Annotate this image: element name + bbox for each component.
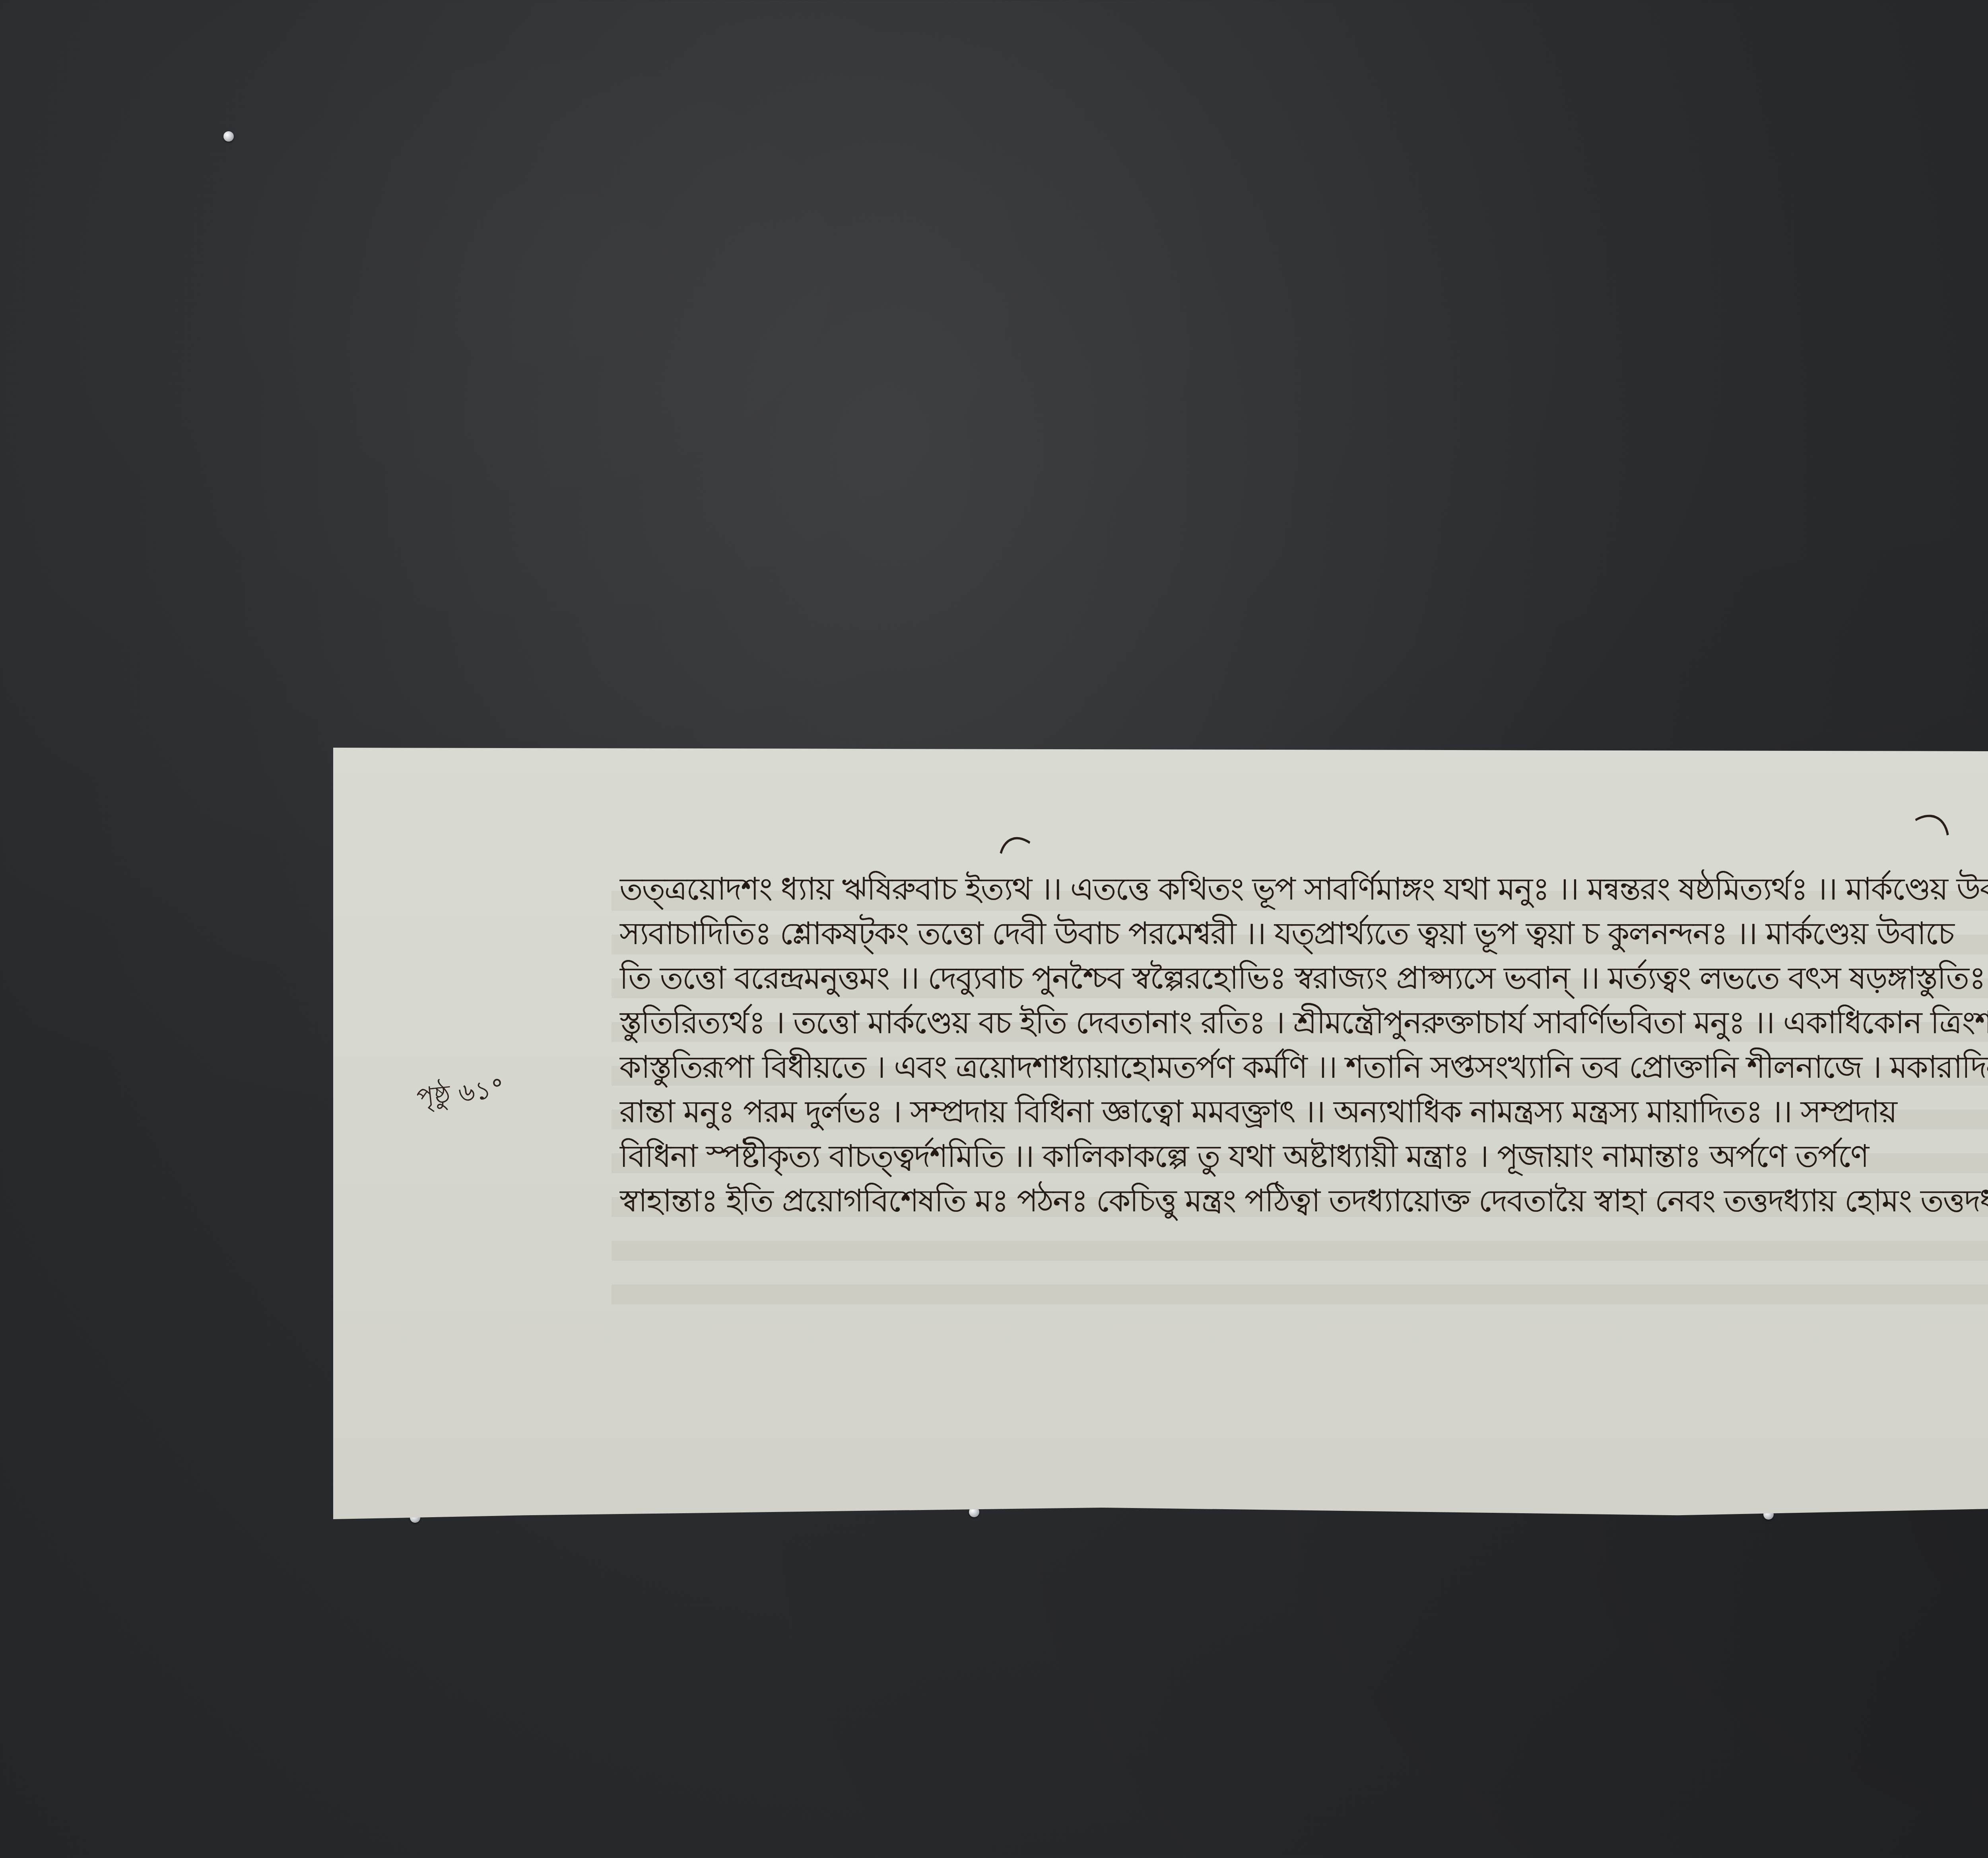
manuscript-leaf: পৃষ্ঠু ৬১° ৬২ তত্ত্রয়োদশং ধ্যায় ঋষিরুব… — [333, 748, 1988, 1519]
text-line: বিধিনা স্পষ্টীকৃত্য বাচত্ত্বর্দশমিতি ।। … — [619, 1134, 1988, 1179]
text-line: স্তুতিরিত্যর্থঃ । তত্তো মার্কণ্ডেয় বচ ই… — [619, 1001, 1988, 1045]
folio-number-left: পৃষ্ঠু ৬১° — [415, 1069, 507, 1121]
text-line: তি তত্তো বরেন্দ্রমনুত্তমং ।। দেব্যুবাচ প… — [619, 956, 1988, 1001]
manuscript-text: তত্ত্রয়োদশং ধ্যায় ঋষিরুবাচ ইত্যথ ।। এত… — [619, 867, 1988, 1223]
text-line: কাস্তুতিরূপা বিধীয়তে । এবং ত্রয়োদশাধ্য… — [619, 1045, 1988, 1090]
text-line: স্বাহান্তাঃ ইতি প্রয়োগবিশেষতি মঃ পঠনঃ ক… — [619, 1179, 1988, 1223]
text-line: তত্ত্রয়োদশং ধ্যায় ঋষিরুবাচ ইত্যথ ।। এত… — [619, 867, 1988, 912]
text-line: রান্তা মনুঃ পরম দুর্লভঃ । সম্প্রদায় বিধ… — [619, 1090, 1988, 1134]
text-line: স্যবাচাদিতিঃ শ্লোকষট্কং তত্তো দেবী উবাচ … — [619, 912, 1988, 956]
pin-top-left — [223, 131, 234, 142]
